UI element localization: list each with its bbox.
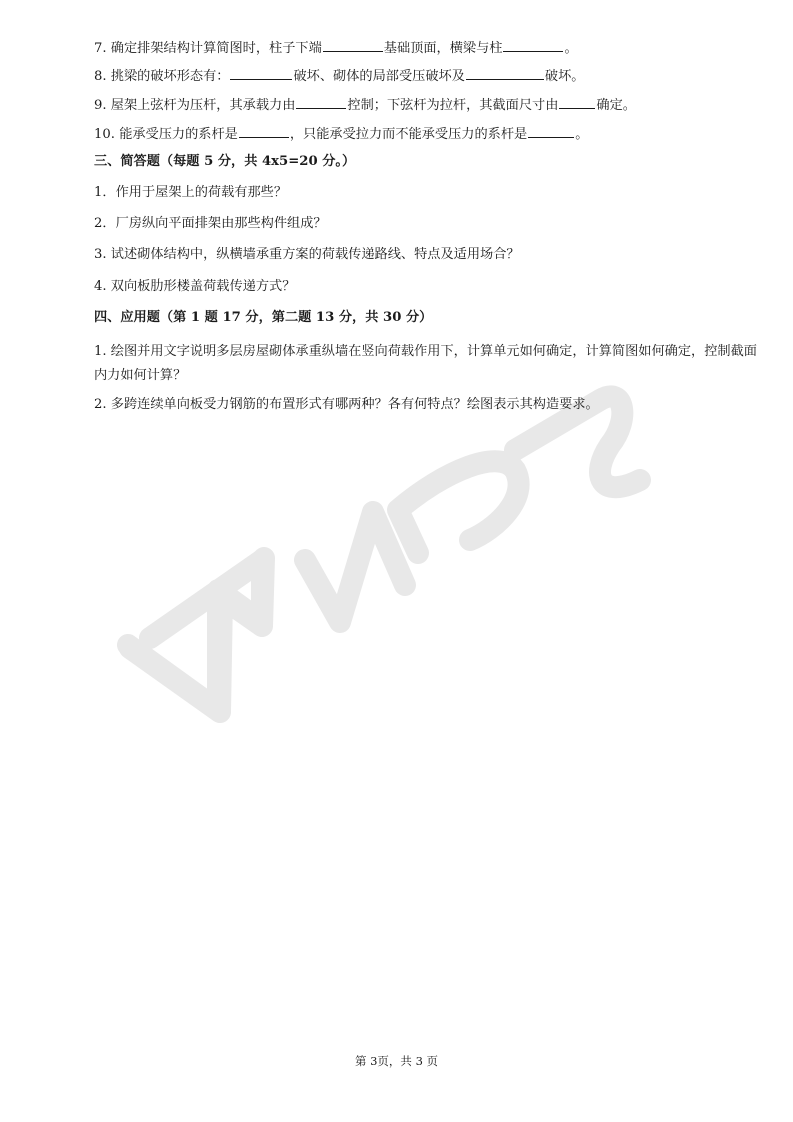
answer-blank[interactable] (559, 95, 595, 109)
section-3-heading: 三、简答题（每题 5 分，共 4x5=20 分。） (94, 153, 355, 171)
question-8: 8. 挑梁的破坏形态有：破坏、砌体的局部受压破坏及破坏。 (94, 66, 584, 86)
question-number: 8. (94, 69, 107, 84)
page-footer: 第 3页，共 3 页 (0, 1053, 793, 1069)
short-answer-3: 3. 试述砌体结构中，纵横墙承重方案的荷载传递路线、特点及适用场合？ (94, 246, 520, 264)
application-question-1: 1. 绘图并用文字说明多层房屋砌体承重纵墙在竖向荷载作用下，计算单元如何确定，计… (94, 340, 766, 388)
answer-blank[interactable] (230, 66, 292, 80)
short-answer-4: 4. 双向板肋形楼盖荷载传递方式？ (94, 278, 295, 296)
section-4-heading: 四、应用题（第 1 题 17 分，第二题 13 分，共 30 分） (94, 309, 432, 327)
answer-blank[interactable] (528, 124, 574, 138)
question-7: 7. 确定排架结构计算简图时，柱子下端基础顶面，横梁与柱。 (94, 38, 578, 58)
answer-blank[interactable] (296, 95, 346, 109)
answer-blank[interactable] (503, 38, 563, 52)
answer-blank[interactable] (239, 124, 289, 138)
question-9: 9. 屋架上弦杆为压杆，其承载力由控制；下弦杆为拉杆，其截面尺寸由确定。 (94, 95, 636, 115)
question-10: 10. 能承受压力的系杆是，只能承受拉力而不能承受压力的系杆是。 (94, 124, 588, 144)
document-page: 7. 确定排架结构计算简图时，柱子下端基础顶面，横梁与柱。 8. 挑梁的破坏形态… (0, 0, 793, 1122)
answer-blank[interactable] (323, 38, 383, 52)
question-number: 7. (94, 41, 107, 56)
question-number: 9. (94, 98, 107, 113)
application-question-2: 2. 多跨连续单向板受力钢筋的布置形式有哪两种？各有何特点？绘图表示其构造要求。 (94, 396, 599, 414)
short-answer-1: 1．作用于屋架上的荷载有那些？ (94, 184, 287, 202)
answer-blank[interactable] (466, 66, 544, 80)
question-number: 10. (94, 127, 115, 142)
short-answer-2: 2．厂房纵向平面排架由那些构件组成？ (94, 215, 327, 233)
